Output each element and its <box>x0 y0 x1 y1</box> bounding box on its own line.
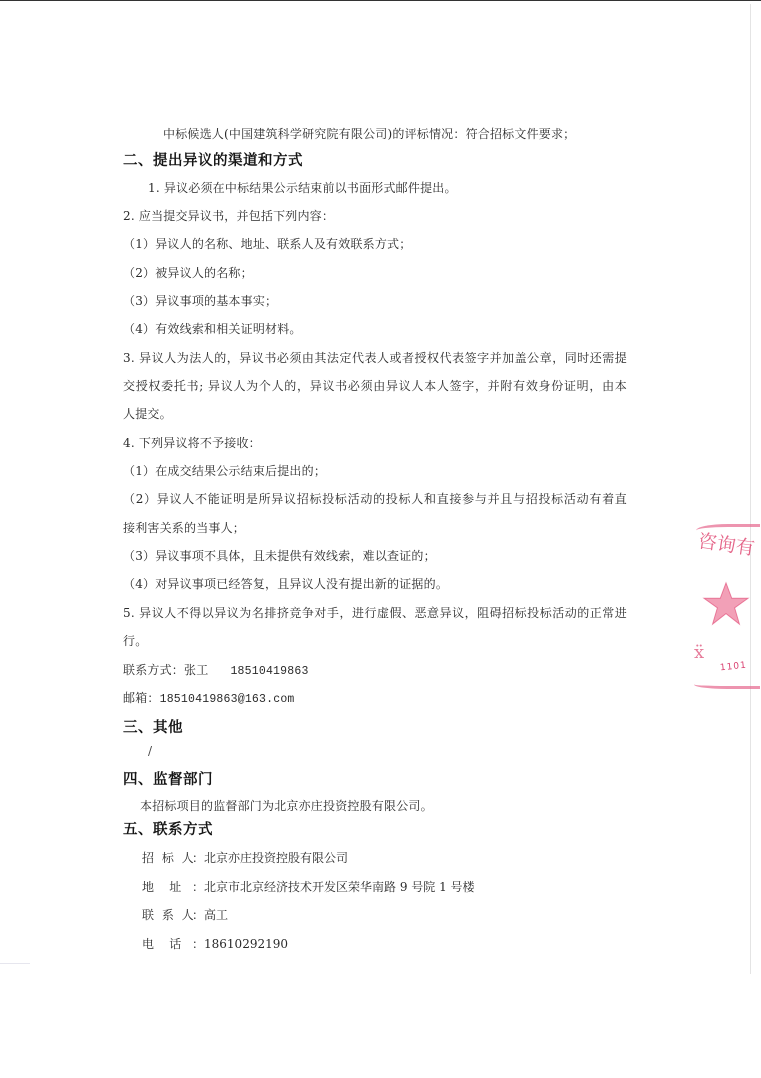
objection-item-2: 2. 应当提交异议书，并包括下列内容： <box>123 208 334 224</box>
contact-colon: ： <box>192 937 204 951</box>
objection-item-4: 4. 下列异议将不予接收： <box>123 435 261 451</box>
contact-value-tenderer: 北京亦庄投资控股有限公司 <box>204 851 348 865</box>
objection-item-2-sub-3: （3）异议事项的基本事实； <box>123 293 277 309</box>
scan-artifact-mark <box>0 963 30 964</box>
contact-colon: ： <box>192 908 204 922</box>
objection-item-2-sub-2: （2）被异议人的名称； <box>123 265 253 281</box>
objection-contact-label: 联系方式：张工 <box>123 663 208 677</box>
contact-value-address: 北京市北京经济技术开发区荣华南路 9 号院 1 号楼 <box>204 880 475 894</box>
section-4-content: 本招标项目的监督部门为北京亦庄投资控股有限公司。 <box>140 798 433 814</box>
contact-label-tenderer: 招 标 人 <box>142 850 192 866</box>
contact-label-phone: 电 话 <box>142 936 192 952</box>
objection-item-2-sub-4: （4）有效线索和相关证明材料。 <box>123 321 302 337</box>
objection-item-2-sub-1: （1）异议人的名称、地址、联系人及有效联系方式； <box>123 236 411 252</box>
contact-label-contact-person: 联 系 人 <box>142 907 192 923</box>
evaluation-status-line: 中标候选人(中国建筑科学研究院有限公司)的评标情况：符合招标文件要求； <box>163 126 575 142</box>
objection-item-3-line-3: 人提交。 <box>123 406 172 422</box>
contact-label-address: 地 址 <box>142 879 192 895</box>
stamp-star-icon <box>702 580 750 628</box>
objection-item-4-sub-3: （3）异议事项不具体，且未提供有效线索，难以查证的； <box>123 548 436 564</box>
objection-email-line: 邮箱：18510419863@163.com <box>123 690 295 708</box>
stamp-signature-mark: ẍ <box>694 642 704 663</box>
contact-value-contact-person: 高工 <box>204 908 228 922</box>
company-seal-stamp: 咨询有 ẍ 1101 <box>690 522 760 690</box>
section-3-content: / <box>148 744 152 758</box>
contact-colon: ： <box>192 880 204 894</box>
stamp-number: 1101 <box>720 661 748 674</box>
contact-value-phone: 18610292190 <box>204 937 288 951</box>
objection-email-label: 邮箱： <box>123 691 160 705</box>
section-3-title: 三、其他 <box>123 719 183 737</box>
contact-row-phone: 电 话：18610292190 <box>142 936 288 952</box>
objection-item-4-sub-2-line-2: 接利害关系的当事人； <box>123 520 245 536</box>
objection-contact-line: 联系方式：张工 18510419863 <box>123 662 309 680</box>
contact-row-address: 地 址：北京市北京经济技术开发区荣华南路 9 号院 1 号楼 <box>142 879 475 895</box>
section-2-title: 二、提出异议的渠道和方式 <box>123 152 303 170</box>
scan-top-border <box>0 0 761 1</box>
contact-colon: ： <box>192 851 204 865</box>
contact-row-tenderer: 招 标 人：北京亦庄投资控股有限公司 <box>142 850 348 866</box>
objection-item-3-line-1: 3. 异议人为法人的，异议书必须由其法定代表人或者授权代表签字并加盖公章，同时还… <box>123 350 627 366</box>
document-page: 中标候选人(中国建筑科学研究院有限公司)的评标情况：符合招标文件要求； 二、提出… <box>0 0 761 1078</box>
objection-item-5-line-1: 5. 异议人不得以异议为名排挤竞争对手，进行虚假、恶意异议，阻碍招标投标活动的正… <box>123 605 627 621</box>
objection-contact-phone: 18510419863 <box>230 665 308 678</box>
objection-item-4-sub-4: （4）对异议事项已经答复，且异议人没有提出新的证据的。 <box>123 576 448 592</box>
objection-email-value: 18510419863@163.com <box>160 693 295 706</box>
stamp-arc-bottom <box>694 680 760 689</box>
section-4-title: 四、监督部门 <box>123 771 213 789</box>
section-5-title: 五、联系方式 <box>123 821 213 839</box>
objection-item-1: 1. 异议必须在中标结果公示结束前以书面形式邮件提出。 <box>148 180 457 196</box>
objection-item-3-line-2: 交授权委托书; 异议人为个人的，异议书必须由异议人本人签字，并附有效身份证明，由… <box>123 378 627 394</box>
objection-item-5-line-2: 行。 <box>123 633 147 649</box>
objection-item-4-sub-2-line-1: （2）异议人不能证明是所异议招标投标活动的投标人和直接参与并且与招投标活动有着直 <box>123 491 627 507</box>
contact-row-contact-person: 联 系 人：高工 <box>142 907 228 923</box>
objection-item-4-sub-1: （1）在成交结果公示结束后提出的； <box>123 463 326 479</box>
scan-right-edge <box>750 4 751 974</box>
